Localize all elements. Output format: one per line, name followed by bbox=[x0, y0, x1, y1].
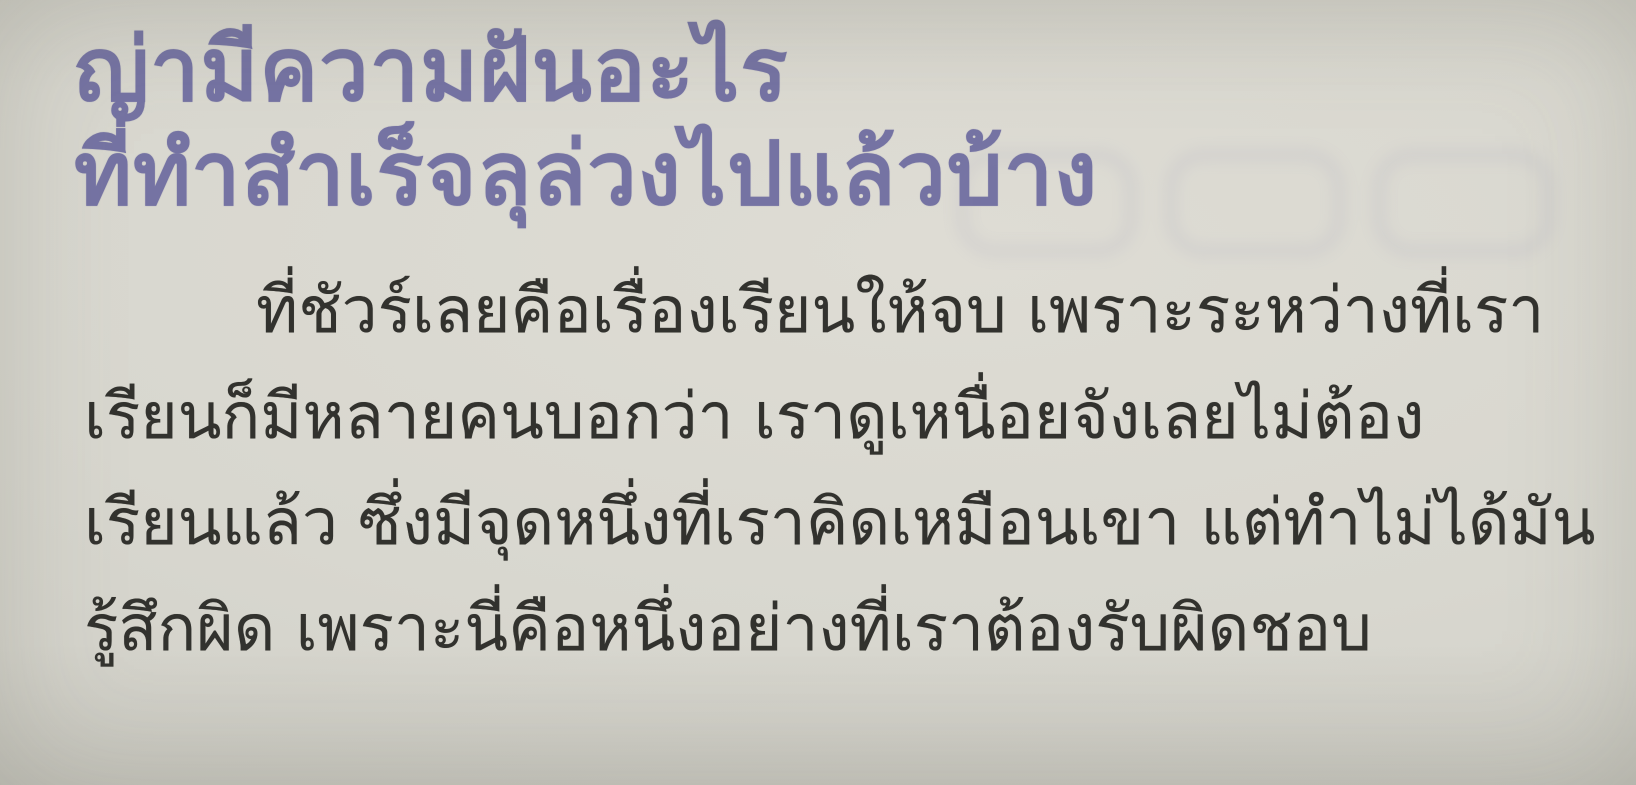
answer-paragraph: ที่ชัวร์เลยคือเรื่องเรียนให้จบ เพราะระหว… bbox=[84, 258, 1594, 682]
ghost-blob bbox=[1372, 148, 1555, 258]
heading-line-2: ที่ทำสำเร็จลุล่วงไปแล้วบ้าง bbox=[74, 122, 1098, 226]
body-line-4: รู้สึกผิด เพราะนี่คือหนึ่งอย่างที่เราต้อ… bbox=[84, 576, 1594, 682]
ghost-blob bbox=[955, 148, 1138, 258]
body-line-1: ที่ชัวร์เลยคือเรื่องเรียนให้จบ เพราะระหว… bbox=[84, 258, 1594, 364]
show-through-ghost-text bbox=[955, 148, 1555, 258]
ghost-blob bbox=[1164, 148, 1347, 258]
page-photo: ญ่ามีความฝันอะไร ที่ทำสำเร็จลุล่วงไปแล้ว… bbox=[0, 0, 1636, 785]
question-heading: ญ่ามีความฝันอะไร ที่ทำสำเร็จลุล่วงไปแล้ว… bbox=[74, 18, 1098, 226]
body-line-3: เรียนแล้ว ซึ่งมีจุดหนึ่งที่เราคิดเหมือนเ… bbox=[84, 470, 1594, 576]
body-line-2: เรียนก็มีหลายคนบอกว่า เราดูเหนื่อยจังเลย… bbox=[84, 364, 1594, 470]
heading-line-1: ญ่ามีความฝันอะไร bbox=[74, 18, 1098, 122]
